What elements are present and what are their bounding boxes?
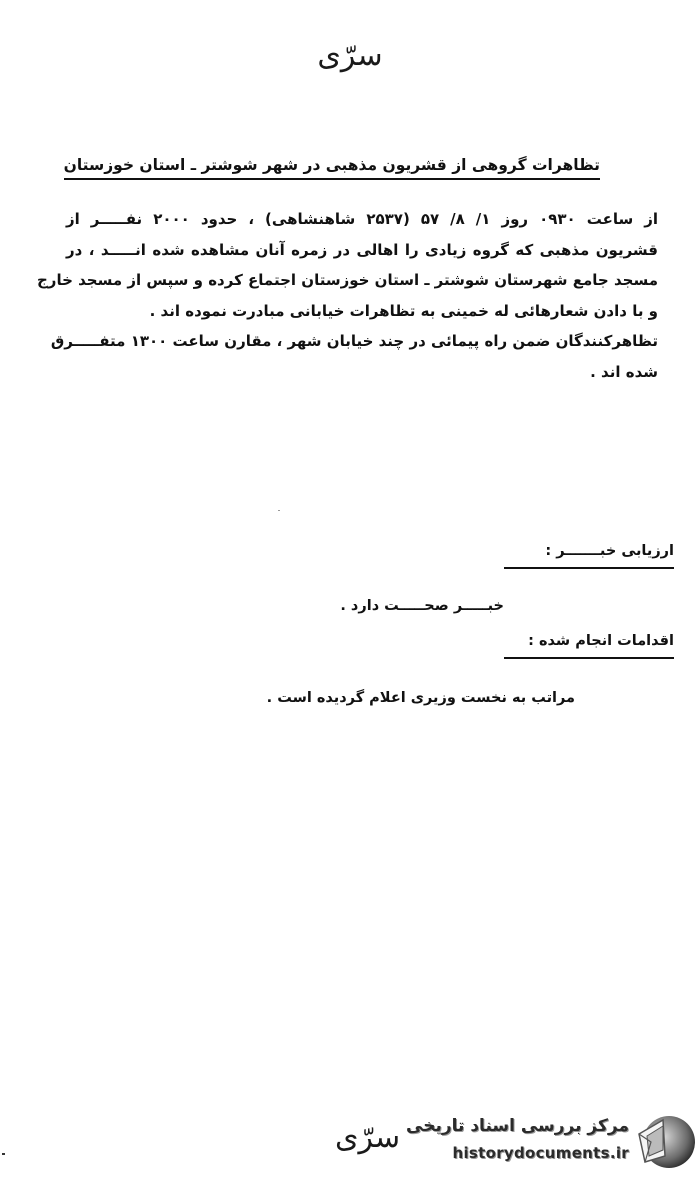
watermark: مرکز بررسی اسناد تاریخی historydocuments… (425, 1112, 695, 1172)
scan-speck (2, 1153, 5, 1155)
body-line: از ساعت ۰۹۳۰ روز ۱/ ۸/ ۵۷ (۲۵۳۷ شاهنشاهی… (66, 204, 658, 235)
watermark-url: historydocuments.ir (452, 1144, 629, 1162)
document-body: از ساعت ۰۹۳۰ روز ۱/ ۸/ ۵۷ (۲۵۳۷ شاهنشاهی… (66, 204, 658, 387)
document-title: تظاهرات گروهی از قشریون مذهبی در شهر شوش… (64, 156, 600, 180)
classification-stamp-bottom: سرّی (335, 1120, 400, 1155)
evaluation-text: خبـــــر صحـــــت دارد . (340, 598, 504, 614)
body-paragraph-1: از ساعت ۰۹۳۰ روز ۱/ ۸/ ۵۷ (۲۵۳۷ شاهنشاهی… (66, 204, 658, 326)
actions-taken-heading: اقدامات انجام شده : (504, 633, 674, 659)
body-paragraph-2: تظاهرکنندگان ضمن راه پیمائی در چند خیابا… (66, 326, 658, 387)
evaluation-heading: ارزیابی خبـــــــر : (504, 543, 674, 569)
body-line: شده اند . (66, 357, 658, 388)
body-line: مسجد جامع شهرستان شوشتر ـ استان خوزستان … (66, 265, 658, 296)
actions-taken-text: مراتب به نخست وزیری اعلام گردیده است . (267, 690, 575, 706)
evaluation-section: ارزیابی خبـــــــر : (504, 543, 674, 569)
body-line: و با دادن شعارهائی له خمینی به تظاهرات خ… (66, 296, 658, 327)
actions-taken-section: اقدامات انجام شده : (504, 633, 674, 659)
watermark-title: مرکز بررسی اسناد تاریخی (406, 1116, 629, 1136)
scan-speck (278, 510, 280, 511)
classification-stamp-top: سرّی (0, 38, 700, 73)
body-line: قشریون مذهبی که گروه زیادی را اهالی در ز… (66, 235, 658, 266)
document-page: سرّی تظاهرات گروهی از قشریون مذهبی در شه… (0, 0, 700, 1181)
document-archive-logo-icon (635, 1112, 695, 1172)
body-line: تظاهرکنندگان ضمن راه پیمائی در چند خیابا… (66, 326, 658, 357)
document-title-container: تظاهرات گروهی از قشریون مذهبی در شهر شوش… (100, 155, 600, 180)
